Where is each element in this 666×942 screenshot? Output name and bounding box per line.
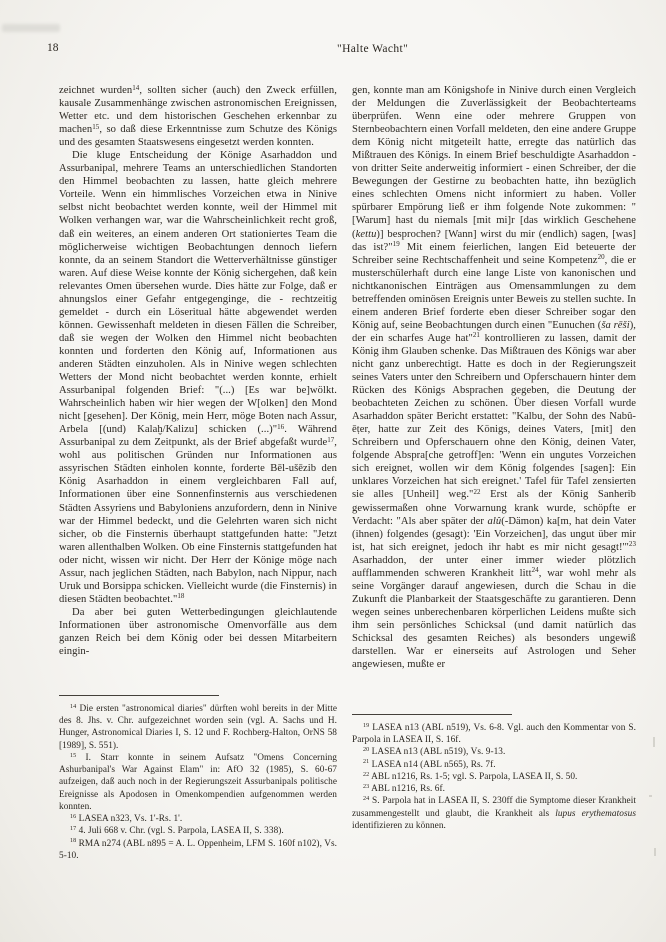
footnote-ref: 17 <box>327 436 334 444</box>
footnote: 18 RMA n274 (ABL n895 = A. L. Oppenheim,… <box>59 838 337 863</box>
scan-artifact-smudge <box>2 24 60 32</box>
footnote-separator <box>59 695 219 696</box>
page-number: 18 <box>47 42 59 54</box>
footnote-number: 21 <box>363 759 369 765</box>
footnote: 15 I. Starr konnte in seinem Aufsatz "Om… <box>59 752 337 813</box>
footnote-ref: 16 <box>277 423 284 431</box>
running-title: "Halte Wacht" <box>337 43 408 55</box>
footnote-number: 15 <box>70 753 76 759</box>
left-column-body: zeichnet wurden14, sollten sicher (auch)… <box>59 84 337 658</box>
footnote: 23 ABL n1216, Rs. 6f. <box>352 783 636 795</box>
scan-speck <box>654 848 656 856</box>
text-columns: zeichnet wurden14, sollten sicher (auch)… <box>59 84 636 880</box>
right-column: gen, konnte man am Königshofe in Ninive … <box>352 84 636 866</box>
italic-term: ša rēši <box>601 320 629 331</box>
footnote: 17 4. Juli 668 v. Chr. (vgl. S. Parpola,… <box>59 825 337 837</box>
footnote: 22 ABL n1216, Rs. 1-5; vgl. S. Parpola, … <box>352 771 636 783</box>
footnote: 21 LASEA n14 (ABL n565), Rs. 7f. <box>352 759 636 771</box>
footnote: 24 S. Parpola hat in LASEA II, S. 230ff … <box>352 795 636 832</box>
book-page-scan: 18 "Halte Wacht" zeichnet wurden14, soll… <box>0 0 666 942</box>
footnote: 16 LASEA n323, Vs. 1'-Rs. 1'. <box>59 813 337 825</box>
italic-term: lupus erythematosus <box>555 809 636 819</box>
footnote-ref: 15 <box>92 123 99 131</box>
footnote-number: 16 <box>70 814 76 820</box>
page-header: 18 "Halte Wacht" <box>0 42 666 58</box>
right-footnotes: 19 LASEA n13 (ABL n519), Vs. 6-8. Vgl. a… <box>352 722 636 832</box>
footnote: 20 LASEA n13 (ABL n519), Vs. 9-13. <box>352 746 636 758</box>
footnote-ref: 22 <box>473 488 480 496</box>
footnote-ref: 21 <box>473 331 480 339</box>
footnote-number: 22 <box>363 772 369 778</box>
footnote-ref: 20 <box>598 253 605 261</box>
footnote-number: 17 <box>70 826 76 832</box>
footnote-ref: 23 <box>629 540 636 548</box>
right-column-body: gen, konnte man am Königshofe in Ninive … <box>352 84 636 671</box>
footnote: 19 LASEA n13 (ABL n519), Vs. 6-8. Vgl. a… <box>352 722 636 747</box>
right-footnote-block: 19 LASEA n13 (ABL n519), Vs. 6-8. Vgl. a… <box>352 714 636 832</box>
footnote-number: 14 <box>70 704 76 710</box>
scan-speck <box>653 737 655 747</box>
italic-term: alû <box>488 516 502 527</box>
footnote: 14 Die ersten "astronomical diaries" dür… <box>59 703 337 752</box>
left-column: zeichnet wurden14, sollten sicher (auch)… <box>59 84 337 880</box>
footnote-separator <box>352 714 512 715</box>
footnote-ref: 18 <box>177 592 184 600</box>
footnote-ref: 24 <box>532 566 539 574</box>
footnote-number: 23 <box>363 784 369 790</box>
body-paragraph: Da aber bei guten Wetterbedingungen glei… <box>59 606 337 658</box>
scan-speck <box>649 795 652 797</box>
footnote-ref: 14 <box>132 84 139 92</box>
italic-term: kettu <box>356 229 377 240</box>
left-footnote-block: 14 Die ersten "astronomical diaries" dür… <box>59 695 337 862</box>
left-footnotes: 14 Die ersten "astronomical diaries" dür… <box>59 703 337 862</box>
footnote-number: 20 <box>363 747 369 753</box>
footnote-number: 24 <box>363 796 369 802</box>
footnote-number: 18 <box>70 838 76 844</box>
body-paragraph: zeichnet wurden14, sollten sicher (auch)… <box>59 84 337 149</box>
footnote-ref: 19 <box>393 240 400 248</box>
body-paragraph: gen, konnte man am Königshofe in Ninive … <box>352 84 636 671</box>
body-paragraph: Die kluge Entscheidung der Könige Asarha… <box>59 149 337 606</box>
footnote-number: 19 <box>363 723 369 729</box>
